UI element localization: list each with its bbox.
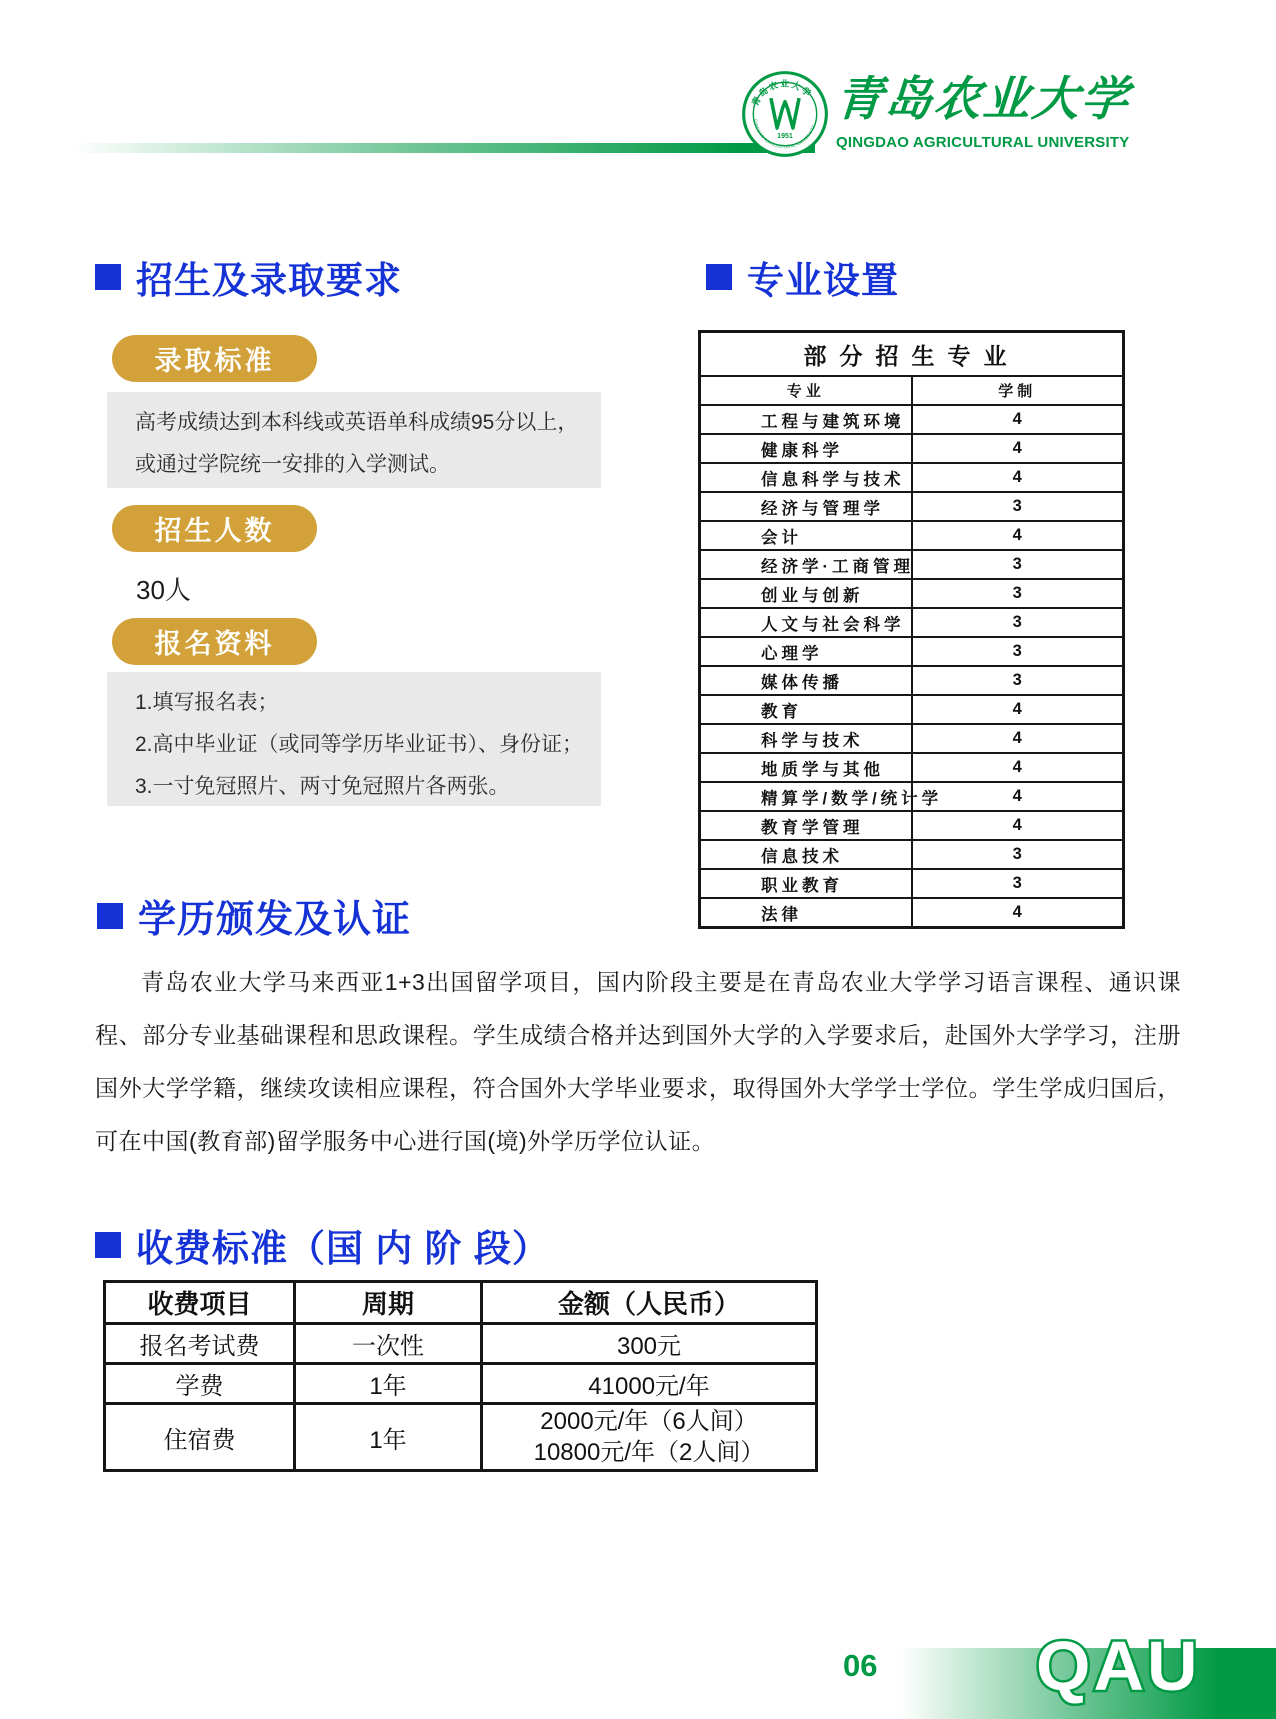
major-duration: 3	[912, 869, 1124, 898]
enrollment-quota-value: 30人	[136, 570, 191, 607]
majors-row: 创业与创新3	[700, 579, 1124, 608]
fee-item: 报名考试费	[105, 1324, 295, 1364]
major-duration: 3	[912, 637, 1124, 666]
fees-row: 住宿费1年2000元/年（6人间） 10800元/年（2人间）	[105, 1404, 817, 1471]
footer-qau-logo: QAU	[1030, 1618, 1260, 1718]
majors-row: 精算学/数学/统计学4	[700, 782, 1124, 811]
major-duration: 3	[912, 492, 1124, 521]
major-duration: 3	[912, 550, 1124, 579]
admission-criteria-box: 高考成绩达到本科线或英语单科成绩95分以上，或通过学院统一安排的入学测试。	[107, 392, 601, 488]
page-number: 06	[843, 1648, 877, 1684]
major-duration: 4	[912, 724, 1124, 753]
majors-row: 教育学管理4	[700, 811, 1124, 840]
major-duration: 3	[912, 666, 1124, 695]
fees-table-body: 收费项目 周期 金额（人民币） 报名考试费一次性300元学费1年41000元/年…	[105, 1282, 817, 1471]
section-heading-majors: 专业设置	[706, 250, 899, 304]
section-heading-degree: 学历颁发及认证	[97, 888, 411, 943]
section-title: 收费标准（国 内 阶 段）	[136, 1218, 550, 1272]
majors-row: 法律4	[700, 898, 1124, 928]
major-name: 媒体传播	[700, 666, 912, 695]
badge-admission-criteria: 录取标准	[112, 335, 317, 382]
majors-table: 部分招生专业 专业 学制 工程与建筑环境4健康科学4信息科学与技术4经济与管理学…	[698, 330, 1125, 929]
majors-row: 经济学·工商管理3	[700, 550, 1124, 579]
section-title: 招生及录取要求	[136, 250, 402, 304]
majors-row: 职业教育3	[700, 869, 1124, 898]
major-name: 会计	[700, 521, 912, 550]
majors-row: 人文与社会科学3	[700, 608, 1124, 637]
majors-row: 教育4	[700, 695, 1124, 724]
qau-logo-icon: QAU	[1030, 1618, 1260, 1713]
majors-row: 媒体传播3	[700, 666, 1124, 695]
majors-row: 会计4	[700, 521, 1124, 550]
section-bullet-icon	[706, 264, 732, 290]
major-duration: 4	[912, 463, 1124, 492]
university-seal-icon: 青岛农业大学 QINGDAO AGRICULTURAL UNIVERSITY 1…	[741, 70, 829, 158]
section-bullet-icon	[95, 1232, 121, 1258]
majors-row: 健康科学4	[700, 434, 1124, 463]
fees-row: 报名考试费一次性300元	[105, 1324, 817, 1364]
major-name: 科学与技术	[700, 724, 912, 753]
university-name-calligraphy: 青岛农业大学	[833, 62, 1096, 134]
badge-application-materials: 报名资料	[112, 618, 317, 665]
box-line: 2.高中毕业证（或同等学历毕业证书）、身份证；	[135, 724, 601, 766]
fee-amount: 41000元/年	[482, 1364, 817, 1404]
box-line: 高考成绩达到本科线或英语单科成绩95分以上，	[135, 402, 601, 444]
university-name-english: QINGDAO AGRICULTURAL UNIVERSITY	[836, 134, 1076, 151]
major-duration: 4	[912, 898, 1124, 928]
majors-row: 心理学3	[700, 637, 1124, 666]
fee-period: 1年	[295, 1404, 482, 1471]
major-duration: 4	[912, 434, 1124, 463]
major-name: 创业与创新	[700, 579, 912, 608]
major-duration: 3	[912, 608, 1124, 637]
majors-table-title: 部分招生专业	[700, 332, 1124, 377]
major-duration: 3	[912, 579, 1124, 608]
major-name: 教育	[700, 695, 912, 724]
fee-item: 住宿费	[105, 1404, 295, 1471]
section-heading-admission: 招生及录取要求	[95, 250, 402, 304]
majors-row: 科学与技术4	[700, 724, 1124, 753]
fee-item: 学费	[105, 1364, 295, 1404]
degree-certification-paragraph: 青岛农业大学马来西亚1+3出国留学项目，国内阶段主要是在青岛农业大学学习语言课程…	[95, 956, 1181, 1168]
major-name: 工程与建筑环境	[700, 405, 912, 434]
fee-amount: 2000元/年（6人间） 10800元/年（2人间）	[482, 1404, 817, 1471]
major-name: 法律	[700, 898, 912, 928]
majors-row: 工程与建筑环境4	[700, 405, 1124, 434]
column-header-period: 周期	[295, 1282, 482, 1324]
section-bullet-icon	[95, 264, 121, 290]
box-line: 3.一寸免冠照片、两寸免冠照片各两张。	[135, 766, 601, 808]
brochure-page: 青岛农业大学 QINGDAO AGRICULTURAL UNIVERSITY 1…	[0, 0, 1276, 1719]
section-heading-fees: 收费标准（国 内 阶 段）	[95, 1218, 550, 1272]
major-duration: 4	[912, 782, 1124, 811]
section-bullet-icon	[97, 903, 123, 929]
majors-table-body: 部分招生专业 专业 学制 工程与建筑环境4健康科学4信息科学与技术4经济与管理学…	[700, 332, 1124, 928]
university-seal-logo: 青岛农业大学 QINGDAO AGRICULTURAL UNIVERSITY 1…	[741, 70, 829, 158]
majors-row: 经济与管理学3	[700, 492, 1124, 521]
header-gradient-bar	[70, 143, 815, 153]
column-header-fee-item: 收费项目	[105, 1282, 295, 1324]
major-name: 信息技术	[700, 840, 912, 869]
section-title: 专业设置	[747, 250, 899, 304]
majors-table-header-row: 专业 学制	[700, 376, 1124, 405]
major-duration: 3	[912, 840, 1124, 869]
column-header-major: 专业	[700, 376, 912, 405]
box-line: 1.填写报名表；	[135, 682, 601, 724]
major-name: 经济与管理学	[700, 492, 912, 521]
majors-row: 地质学与其他4	[700, 753, 1124, 782]
major-duration: 4	[912, 753, 1124, 782]
seal-year: 1951	[777, 133, 793, 140]
box-line: 或通过学院统一安排的入学测试。	[135, 444, 601, 486]
major-name: 心理学	[700, 637, 912, 666]
major-name: 精算学/数学/统计学	[700, 782, 912, 811]
qau-logo-text: QAU	[1036, 1627, 1201, 1705]
fees-table-header-row: 收费项目 周期 金额（人民币）	[105, 1282, 817, 1324]
majors-row: 信息技术3	[700, 840, 1124, 869]
majors-row: 信息科学与技术4	[700, 463, 1124, 492]
major-name: 经济学·工商管理	[700, 550, 912, 579]
fees-table: 收费项目 周期 金额（人民币） 报名考试费一次性300元学费1年41000元/年…	[103, 1280, 818, 1472]
major-name: 健康科学	[700, 434, 912, 463]
majors-table-title-row: 部分招生专业	[700, 332, 1124, 377]
application-materials-box: 1.填写报名表；2.高中毕业证（或同等学历毕业证书）、身份证；3.一寸免冠照片、…	[107, 672, 601, 806]
major-name: 职业教育	[700, 869, 912, 898]
fees-row: 学费1年41000元/年	[105, 1364, 817, 1404]
major-duration: 4	[912, 695, 1124, 724]
major-name: 教育学管理	[700, 811, 912, 840]
section-title: 学历颁发及认证	[138, 888, 411, 943]
fee-amount: 300元	[482, 1324, 817, 1364]
major-duration: 4	[912, 811, 1124, 840]
badge-enrollment-quota: 招生人数	[112, 505, 317, 552]
major-name: 地质学与其他	[700, 753, 912, 782]
major-duration: 4	[912, 405, 1124, 434]
column-header-duration: 学制	[912, 376, 1124, 405]
major-duration: 4	[912, 521, 1124, 550]
column-header-amount: 金额（人民币）	[482, 1282, 817, 1324]
major-name: 人文与社会科学	[700, 608, 912, 637]
fee-period: 1年	[295, 1364, 482, 1404]
major-name: 信息科学与技术	[700, 463, 912, 492]
fee-period: 一次性	[295, 1324, 482, 1364]
